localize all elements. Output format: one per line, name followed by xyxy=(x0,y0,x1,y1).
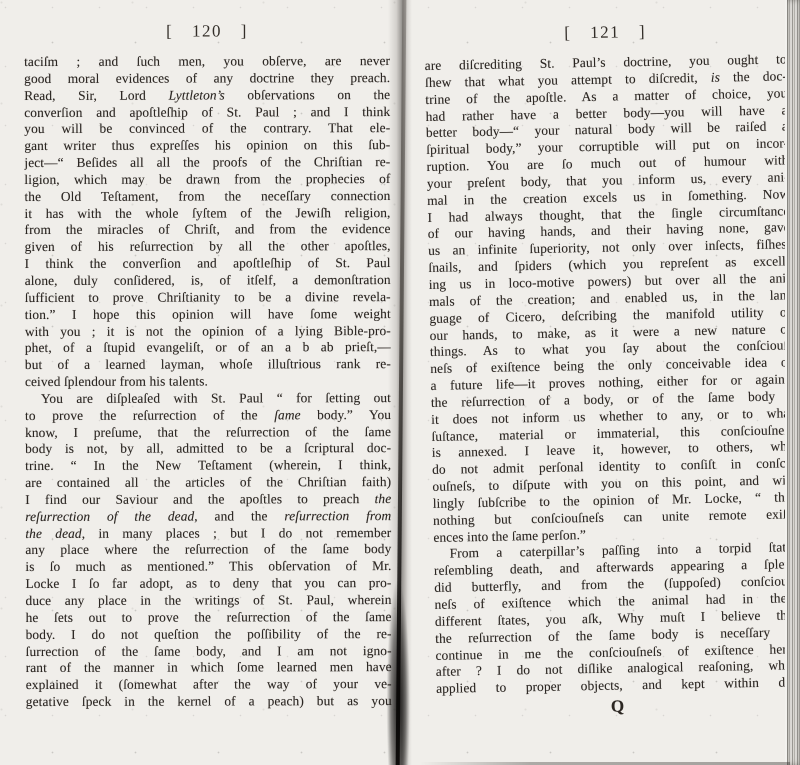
text-line: ject—“ Beſides all all the proofs of the… xyxy=(24,154,390,172)
text-line: from the miracles of Chriſt, and from th… xyxy=(25,221,391,239)
gutter-ink-blot xyxy=(382,430,410,765)
book-scan: [ 120 ] taciſm ; and ſuch men, you obſer… xyxy=(0,0,800,765)
text-line: alone, duly conſidered, is, of itſelf, a… xyxy=(25,272,391,290)
text-line: getative ſpeck in the kernel of a peach)… xyxy=(26,693,392,711)
text-line: the dead, in many places ; but I do not … xyxy=(25,525,391,543)
text-line: ligion, which may be drawn from the prop… xyxy=(24,171,390,189)
text-line: trine. “ In the New Teſtament (wherein, … xyxy=(25,457,391,475)
text-line: Locke I ſo far adopt, as to deny that yo… xyxy=(25,575,391,593)
text-line: with you ; it is not the opinion of a ly… xyxy=(25,323,391,341)
text-line: ceived ſplendour from his talents. xyxy=(25,373,391,391)
page-left-text: taciſm ; and ſuch men, you obſerve, are … xyxy=(24,53,392,711)
page-right: [ 121 ] are diſcrediting St. Paul’s doct… xyxy=(424,19,799,720)
text-line: I think the converſion and apoſtleſhip o… xyxy=(25,255,391,273)
signature-mark: Q xyxy=(436,693,798,720)
fore-edge-texture xyxy=(787,0,800,765)
text-line: the Old Teſtament, from the neceſſary co… xyxy=(24,188,390,206)
text-line: rant of the manner in which ſome learned… xyxy=(26,659,392,677)
text-line: to prove the reſurrection of the ſame bo… xyxy=(25,407,391,425)
text-line: body is not, by all, admitted to be a ſc… xyxy=(25,440,391,458)
text-line: it has with the whole ſyſtem of the Jewi… xyxy=(24,205,390,223)
text-line: duce any place in the writings of St. Pa… xyxy=(25,592,391,610)
text-line: body. I do not queſtion the poſſibility … xyxy=(26,626,392,644)
text-line: any place where the reſurrection of the … xyxy=(25,542,391,560)
text-line: tion.” I hope this opinion will have ſom… xyxy=(25,306,391,324)
paragraph: taciſm ; and ſuch men, you obſerve, are … xyxy=(24,53,391,391)
text-line: is ſo much as mentioned.” This obſervati… xyxy=(25,558,391,576)
text-line: You are diſpleaſed with St. Paul “ for ſ… xyxy=(25,390,391,408)
text-line: are contained all the articles of the Ch… xyxy=(25,474,391,492)
text-line: converſion and apoſtleſhip of St. Paul ;… xyxy=(24,104,390,122)
text-line: ſufficient to prove Chriſtianity to be a… xyxy=(25,289,391,307)
page-number-right: [ 121 ] xyxy=(424,19,786,46)
text-line: Read, Sir, Lord Lyttleton’s obſervations… xyxy=(24,87,390,105)
text-line: given of his reſurrection by all the oth… xyxy=(25,238,391,256)
page-right-text: are diſcrediting St. Paul’s doctrine, yo… xyxy=(425,51,799,698)
text-line: I find our Saviour and the apoſtles to p… xyxy=(25,491,391,509)
text-line: you will be convinced of the contrary. T… xyxy=(24,120,390,138)
text-line: good moral evidences of any doctrine the… xyxy=(24,70,390,88)
page-number-left: [ 120 ] xyxy=(24,21,390,42)
text-line: but of a learned layman, whoſe illuſtrio… xyxy=(25,356,391,374)
text-line: phet, of a ſtupid evangeliſt, or of an a… xyxy=(25,339,391,357)
paragraph: are diſcrediting St. Paul’s doctrine, yo… xyxy=(425,51,796,546)
text-line: he ſets out to prove the reſurrection of… xyxy=(26,609,392,627)
text-line: reſurrection of the dead, and the reſurr… xyxy=(25,508,391,526)
text-line: explained it (ſomewhat after the way of … xyxy=(26,676,392,694)
text-line: gant writer thus expreſſes his opinion o… xyxy=(24,137,390,155)
text-line: ſurrection of the ſame body, and I am no… xyxy=(26,643,392,661)
text-line: know, I preſume, that the reſurrection o… xyxy=(25,424,391,442)
page-left: [ 120 ] taciſm ; and ſuch men, you obſer… xyxy=(24,21,392,711)
paragraph: You are diſpleaſed with St. Paul “ for ſ… xyxy=(25,390,392,711)
paragraph: From a caterpillar’s paſſing into a torp… xyxy=(434,540,799,698)
text-line: taciſm ; and ſuch men, you obſerve, are … xyxy=(24,53,390,71)
